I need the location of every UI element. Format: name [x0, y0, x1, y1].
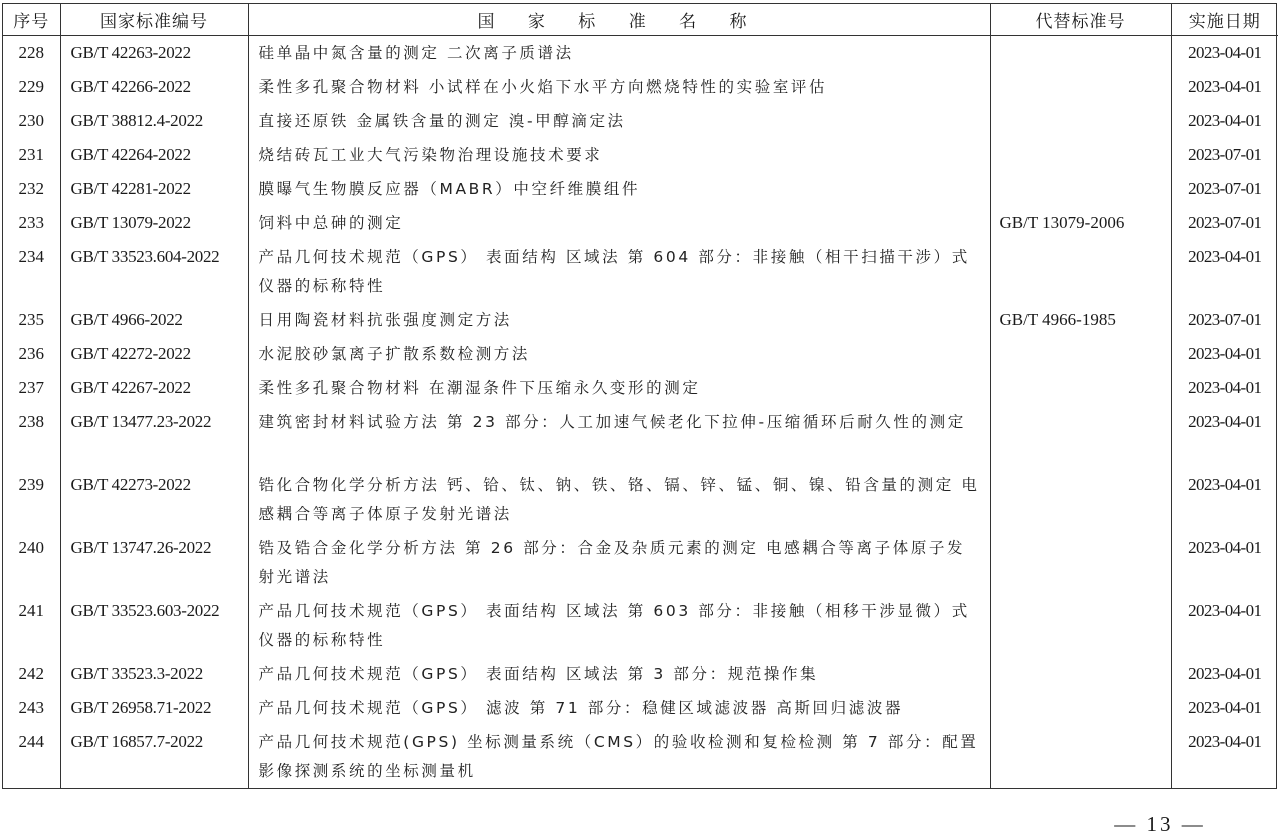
row-standard-name-cell: 建筑密封材料试验方法 第 23 部分：人工加速气候老化下拉伸-压缩循环后耐久性的…	[248, 405, 990, 468]
row-replaced-standard	[1000, 725, 1171, 728]
row-replaced-standard-cell	[990, 657, 1171, 691]
row-effective-date-cell: 2023-04-01	[1171, 531, 1278, 594]
row-standard-code: GB/T 13079-2022	[71, 206, 248, 238]
standards-table: 序号 国家标准编号 国 家 标 准 名 称 代替标准号 实施日期 228GB/T…	[3, 4, 1278, 788]
row-standard-code-cell: GB/T 33523.604-2022	[60, 240, 248, 303]
row-standard-code: GB/T 42281-2022	[71, 172, 248, 204]
header-name: 国 家 标 准 名 称	[248, 4, 990, 36]
row-effective-date-cell: 2023-07-01	[1171, 206, 1278, 240]
row-seq: 239	[3, 468, 60, 500]
row-standard-code-cell: GB/T 42273-2022	[60, 468, 248, 531]
standards-table-container: 序号 国家标准编号 国 家 标 准 名 称 代替标准号 实施日期 228GB/T…	[2, 3, 1277, 789]
table-header-row: 序号 国家标准编号 国 家 标 准 名 称 代替标准号 实施日期	[3, 4, 1278, 36]
row-effective-date: 2023-04-01	[1172, 657, 1279, 689]
row-seq-cell: 244	[3, 725, 60, 788]
row-standard-name-cell: 产品几何技术规范(GPS) 坐标测量系统（CMS）的验收检测和复检检测 第 7 …	[248, 725, 990, 788]
row-replaced-standard-cell	[990, 70, 1171, 104]
row-standard-code-cell: GB/T 26958.71-2022	[60, 691, 248, 725]
row-seq-cell: 228	[3, 36, 60, 71]
row-seq-cell: 234	[3, 240, 60, 303]
row-effective-date: 2023-04-01	[1172, 691, 1279, 723]
table-row: 242GB/T 33523.3-2022产品几何技术规范（GPS） 表面结构 区…	[3, 657, 1278, 691]
row-replaced-standard-cell	[990, 531, 1171, 594]
row-standard-name-cell: 锆及锆合金化学分析方法 第 26 部分：合金及杂质元素的测定 电感耦合等离子体原…	[248, 531, 990, 594]
row-standard-name: 硅单晶中氮含量的测定 二次离子质谱法	[259, 36, 982, 68]
row-standard-name-cell: 饲料中总砷的测定	[248, 206, 990, 240]
row-standard-code-cell: GB/T 38812.4-2022	[60, 104, 248, 138]
row-seq: 230	[3, 104, 60, 136]
row-standard-name: 水泥胶砂氯离子扩散系数检测方法	[259, 337, 982, 369]
table-row: 238GB/T 13477.23-2022建筑密封材料试验方法 第 23 部分：…	[3, 405, 1278, 468]
row-standard-name-cell: 产品几何技术规范（GPS） 表面结构 区域法 第 604 部分：非接触（相干扫描…	[248, 240, 990, 303]
row-seq: 240	[3, 531, 60, 563]
row-replaced-standard-cell: GB/T 4966-1985	[990, 303, 1171, 337]
row-standard-name: 饲料中总砷的测定	[259, 206, 982, 238]
row-effective-date-cell: 2023-04-01	[1171, 337, 1278, 371]
row-effective-date-cell: 2023-04-01	[1171, 104, 1278, 138]
row-effective-date-cell: 2023-04-01	[1171, 691, 1278, 725]
row-seq-cell: 235	[3, 303, 60, 337]
row-standard-code-cell: GB/T 13747.26-2022	[60, 531, 248, 594]
row-effective-date-cell: 2023-04-01	[1171, 240, 1278, 303]
row-effective-date: 2023-07-01	[1172, 172, 1279, 204]
row-standard-code: GB/T 42273-2022	[71, 468, 248, 500]
row-seq-cell: 237	[3, 371, 60, 405]
row-standard-name-cell: 产品几何技术规范（GPS） 滤波 第 71 部分：稳健区域滤波器 高斯回归滤波器	[248, 691, 990, 725]
row-standard-name-cell: 膜曝气生物膜反应器（MABR）中空纤维膜组件	[248, 172, 990, 206]
row-seq-cell: 242	[3, 657, 60, 691]
header-date: 实施日期	[1171, 4, 1278, 36]
row-seq: 228	[3, 36, 60, 68]
row-standard-code-cell: GB/T 13079-2022	[60, 206, 248, 240]
row-standard-code: GB/T 42272-2022	[71, 337, 248, 369]
row-standard-name: 产品几何技术规范（GPS） 滤波 第 71 部分：稳健区域滤波器 高斯回归滤波器	[259, 691, 982, 723]
row-standard-name-cell: 产品几何技术规范（GPS） 表面结构 区域法 第 3 部分：规范操作集	[248, 657, 990, 691]
row-effective-date: 2023-04-01	[1172, 36, 1279, 68]
row-replaced-standard	[1000, 594, 1171, 597]
row-standard-name: 建筑密封材料试验方法 第 23 部分：人工加速气候老化下拉伸-压缩循环后耐久性的…	[259, 405, 982, 437]
row-replaced-standard-cell: GB/T 13079-2006	[990, 206, 1171, 240]
row-standard-name-cell: 直接还原铁 金属铁含量的测定 溴-甲醇滴定法	[248, 104, 990, 138]
row-replaced-standard-cell	[990, 138, 1171, 172]
row-replaced-standard-cell	[990, 240, 1171, 303]
table-row: 243GB/T 26958.71-2022产品几何技术规范（GPS） 滤波 第 …	[3, 691, 1278, 725]
row-seq: 243	[3, 691, 60, 723]
row-seq-cell: 243	[3, 691, 60, 725]
row-standard-name: 膜曝气生物膜反应器（MABR）中空纤维膜组件	[259, 172, 982, 204]
row-standard-name: 日用陶瓷材料抗张强度测定方法	[259, 303, 982, 335]
row-standard-name-cell: 日用陶瓷材料抗张强度测定方法	[248, 303, 990, 337]
row-standard-code: GB/T 16857.7-2022	[71, 725, 248, 757]
header-replaces: 代替标准号	[990, 4, 1171, 36]
table-row: 228GB/T 42263-2022硅单晶中氮含量的测定 二次离子质谱法2023…	[3, 36, 1278, 71]
table-row: 236GB/T 42272-2022水泥胶砂氯离子扩散系数检测方法2023-04…	[3, 337, 1278, 371]
row-standard-name: 柔性多孔聚合物材料 小试样在小火焰下水平方向燃烧特性的实验室评估	[259, 70, 982, 102]
row-standard-name: 锆化合物化学分析方法 钙、铪、钛、钠、铁、铬、镉、锌、锰、铜、镍、铅含量的测定 …	[259, 468, 982, 528]
row-replaced-standard	[1000, 657, 1171, 660]
row-replaced-standard-cell	[990, 468, 1171, 531]
table-row: 240GB/T 13747.26-2022锆及锆合金化学分析方法 第 26 部分…	[3, 531, 1278, 594]
row-standard-code-cell: GB/T 33523.603-2022	[60, 594, 248, 657]
table-row: 230GB/T 38812.4-2022直接还原铁 金属铁含量的测定 溴-甲醇滴…	[3, 104, 1278, 138]
row-standard-name: 产品几何技术规范（GPS） 表面结构 区域法 第 603 部分：非接触（相移干涉…	[259, 594, 982, 654]
row-standard-code-cell: GB/T 42263-2022	[60, 36, 248, 71]
row-effective-date-cell: 2023-07-01	[1171, 303, 1278, 337]
row-standard-code-cell: GB/T 13477.23-2022	[60, 405, 248, 468]
row-replaced-standard: GB/T 13079-2006	[1000, 206, 1171, 238]
row-seq-cell: 230	[3, 104, 60, 138]
row-standard-code: GB/T 26958.71-2022	[71, 691, 248, 723]
row-seq-cell: 233	[3, 206, 60, 240]
table-row: 229GB/T 42266-2022柔性多孔聚合物材料 小试样在小火焰下水平方向…	[3, 70, 1278, 104]
row-standard-code: GB/T 33523.603-2022	[71, 594, 248, 626]
row-effective-date-cell: 2023-04-01	[1171, 371, 1278, 405]
table-row: 231GB/T 42264-2022烧结砖瓦工业大气污染物治理设施技术要求202…	[3, 138, 1278, 172]
row-replaced-standard	[1000, 371, 1171, 374]
row-seq-cell: 231	[3, 138, 60, 172]
row-effective-date-cell: 2023-04-01	[1171, 725, 1278, 788]
row-standard-code: GB/T 42264-2022	[71, 138, 248, 170]
row-replaced-standard	[1000, 104, 1171, 107]
row-standard-code-cell: GB/T 42272-2022	[60, 337, 248, 371]
row-standard-code: GB/T 33523.3-2022	[71, 657, 248, 689]
row-effective-date-cell: 2023-04-01	[1171, 594, 1278, 657]
row-effective-date: 2023-04-01	[1172, 337, 1279, 369]
row-effective-date: 2023-04-01	[1172, 104, 1279, 136]
row-standard-code: GB/T 42266-2022	[71, 70, 248, 102]
row-standard-name: 产品几何技术规范（GPS） 表面结构 区域法 第 3 部分：规范操作集	[259, 657, 982, 689]
row-effective-date-cell: 2023-04-01	[1171, 657, 1278, 691]
table-row: 241GB/T 33523.603-2022产品几何技术规范（GPS） 表面结构…	[3, 594, 1278, 657]
row-standard-name-cell: 硅单晶中氮含量的测定 二次离子质谱法	[248, 36, 990, 71]
row-seq: 231	[3, 138, 60, 170]
row-replaced-standard-cell	[990, 725, 1171, 788]
row-standard-name-cell: 柔性多孔聚合物材料 小试样在小火焰下水平方向燃烧特性的实验室评估	[248, 70, 990, 104]
row-effective-date: 2023-04-01	[1172, 725, 1279, 757]
header-seq: 序号	[3, 4, 60, 36]
row-standard-name: 直接还原铁 金属铁含量的测定 溴-甲醇滴定法	[259, 104, 982, 136]
row-standard-name-cell: 锆化合物化学分析方法 钙、铪、钛、钠、铁、铬、镉、锌、锰、铜、镍、铅含量的测定 …	[248, 468, 990, 531]
row-effective-date-cell: 2023-07-01	[1171, 138, 1278, 172]
row-effective-date: 2023-04-01	[1172, 405, 1279, 437]
row-standard-name-cell: 柔性多孔聚合物材料 在潮湿条件下压缩永久变形的测定	[248, 371, 990, 405]
row-seq-cell: 236	[3, 337, 60, 371]
row-effective-date: 2023-07-01	[1172, 303, 1279, 335]
row-seq: 235	[3, 303, 60, 335]
row-seq: 232	[3, 172, 60, 204]
table-body: 228GB/T 42263-2022硅单晶中氮含量的测定 二次离子质谱法2023…	[3, 36, 1278, 789]
row-effective-date: 2023-04-01	[1172, 70, 1279, 102]
row-replaced-standard	[1000, 468, 1171, 471]
row-replaced-standard-cell	[990, 337, 1171, 371]
row-seq: 229	[3, 70, 60, 102]
row-seq: 244	[3, 725, 60, 757]
row-effective-date: 2023-04-01	[1172, 371, 1279, 403]
row-standard-name-cell: 烧结砖瓦工业大气污染物治理设施技术要求	[248, 138, 990, 172]
row-replaced-standard-cell	[990, 371, 1171, 405]
row-seq: 234	[3, 240, 60, 272]
row-effective-date: 2023-07-01	[1172, 138, 1279, 170]
row-standard-code: GB/T 13747.26-2022	[71, 531, 248, 563]
row-standard-code-cell: GB/T 42267-2022	[60, 371, 248, 405]
row-seq-cell: 240	[3, 531, 60, 594]
row-seq-cell: 229	[3, 70, 60, 104]
row-replaced-standard-cell	[990, 36, 1171, 71]
row-standard-name: 锆及锆合金化学分析方法 第 26 部分：合金及杂质元素的测定 电感耦合等离子体原…	[259, 531, 982, 591]
row-seq: 233	[3, 206, 60, 238]
row-seq-cell: 232	[3, 172, 60, 206]
row-replaced-standard-cell	[990, 405, 1171, 468]
row-standard-code: GB/T 33523.604-2022	[71, 240, 248, 272]
row-replaced-standard	[1000, 405, 1171, 408]
row-replaced-standard: GB/T 4966-1985	[1000, 303, 1171, 335]
row-standard-name: 烧结砖瓦工业大气污染物治理设施技术要求	[259, 138, 982, 170]
row-replaced-standard	[1000, 240, 1171, 243]
row-replaced-standard	[1000, 337, 1171, 340]
row-effective-date: 2023-04-01	[1172, 531, 1279, 563]
row-standard-name-cell: 产品几何技术规范（GPS） 表面结构 区域法 第 603 部分：非接触（相移干涉…	[248, 594, 990, 657]
row-standard-code: GB/T 42267-2022	[71, 371, 248, 403]
row-effective-date-cell: 2023-04-01	[1171, 70, 1278, 104]
row-standard-code-cell: GB/T 42266-2022	[60, 70, 248, 104]
row-effective-date-cell: 2023-04-01	[1171, 468, 1278, 531]
table-row: 237GB/T 42267-2022柔性多孔聚合物材料 在潮湿条件下压缩永久变形…	[3, 371, 1278, 405]
row-standard-name-cell: 水泥胶砂氯离子扩散系数检测方法	[248, 337, 990, 371]
row-seq-cell: 239	[3, 468, 60, 531]
row-standard-code-cell: GB/T 33523.3-2022	[60, 657, 248, 691]
table-row: 234GB/T 33523.604-2022产品几何技术规范（GPS） 表面结构…	[3, 240, 1278, 303]
row-replaced-standard-cell	[990, 172, 1171, 206]
row-seq: 236	[3, 337, 60, 369]
row-effective-date: 2023-07-01	[1172, 206, 1279, 238]
row-replaced-standard-cell	[990, 691, 1171, 725]
row-standard-name: 柔性多孔聚合物材料 在潮湿条件下压缩永久变形的测定	[259, 371, 982, 403]
row-effective-date-cell: 2023-07-01	[1171, 172, 1278, 206]
row-replaced-standard	[1000, 70, 1171, 73]
row-effective-date: 2023-04-01	[1172, 240, 1279, 272]
row-effective-date-cell: 2023-04-01	[1171, 405, 1278, 468]
row-seq: 242	[3, 657, 60, 689]
table-row: 233GB/T 13079-2022饲料中总砷的测定GB/T 13079-200…	[3, 206, 1278, 240]
row-standard-code: GB/T 4966-2022	[71, 303, 248, 335]
row-standard-code: GB/T 38812.4-2022	[71, 104, 248, 136]
row-standard-name: 产品几何技术规范（GPS） 表面结构 区域法 第 604 部分：非接触（相干扫描…	[259, 240, 982, 300]
table-row: 239GB/T 42273-2022锆化合物化学分析方法 钙、铪、钛、钠、铁、铬…	[3, 468, 1278, 531]
row-standard-code-cell: GB/T 42281-2022	[60, 172, 248, 206]
row-replaced-standard	[1000, 172, 1171, 175]
row-effective-date: 2023-04-01	[1172, 594, 1279, 626]
row-standard-code: GB/T 42263-2022	[71, 36, 248, 68]
row-seq: 237	[3, 371, 60, 403]
header-code: 国家标准编号	[60, 4, 248, 36]
row-replaced-standard	[1000, 691, 1171, 694]
row-replaced-standard-cell	[990, 594, 1171, 657]
row-replaced-standard-cell	[990, 104, 1171, 138]
row-seq: 238	[3, 405, 60, 437]
row-standard-code-cell: GB/T 4966-2022	[60, 303, 248, 337]
row-standard-code: GB/T 13477.23-2022	[71, 405, 248, 437]
table-row: 235GB/T 4966-2022日用陶瓷材料抗张强度测定方法GB/T 4966…	[3, 303, 1278, 337]
row-replaced-standard	[1000, 36, 1171, 39]
row-replaced-standard	[1000, 138, 1171, 141]
page-number: — 13 —	[1100, 812, 1220, 837]
row-seq-cell: 241	[3, 594, 60, 657]
row-effective-date: 2023-04-01	[1172, 468, 1279, 500]
row-effective-date-cell: 2023-04-01	[1171, 36, 1278, 71]
table-row: 232GB/T 42281-2022膜曝气生物膜反应器（MABR）中空纤维膜组件…	[3, 172, 1278, 206]
table-row: 244GB/T 16857.7-2022产品几何技术规范(GPS) 坐标测量系统…	[3, 725, 1278, 788]
row-standard-code-cell: GB/T 16857.7-2022	[60, 725, 248, 788]
row-seq: 241	[3, 594, 60, 626]
row-seq-cell: 238	[3, 405, 60, 468]
row-replaced-standard	[1000, 531, 1171, 534]
row-standard-name: 产品几何技术规范(GPS) 坐标测量系统（CMS）的验收检测和复检检测 第 7 …	[259, 725, 982, 785]
row-standard-code-cell: GB/T 42264-2022	[60, 138, 248, 172]
